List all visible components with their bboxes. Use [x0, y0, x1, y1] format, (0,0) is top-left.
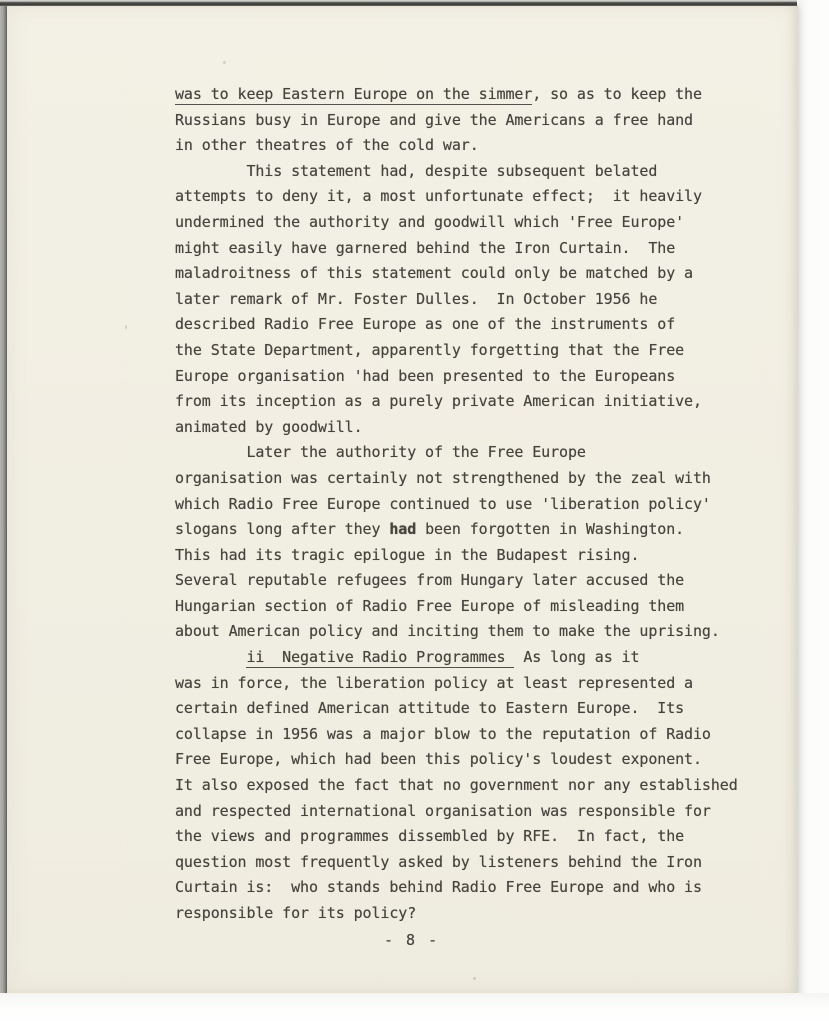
paper-speck	[125, 325, 127, 329]
text-segment: in other theatres of the cold war.	[175, 136, 479, 154]
typewritten-lines: was to keep Eastern Europe on the simmer…	[175, 82, 765, 927]
text-line: in other theatres of the cold war.	[175, 133, 765, 159]
text-segment: organisation was certainly not strengthe…	[175, 469, 711, 487]
text-segment	[175, 648, 246, 666]
text-line: animated by goodwill.	[175, 415, 765, 441]
text-line: collapse in 1956 was a major blow to the…	[175, 722, 765, 748]
text-segment: It also exposed the fact that no governm…	[175, 776, 738, 794]
scanner-top-edge	[0, 0, 797, 6]
text-line: question most frequently asked by listen…	[175, 850, 765, 876]
text-segment: Free Europe, which had been this policy'…	[175, 750, 702, 768]
text-segment: Curtain is: who stands behind Radio Free…	[175, 878, 702, 896]
text-line: organisation was certainly not strengthe…	[175, 466, 765, 492]
text-line: Curtain is: who stands behind Radio Free…	[175, 875, 765, 901]
text-line: the State Department, apparently forgett…	[175, 338, 765, 364]
text-line: was in force, the liberation policy at l…	[175, 671, 765, 697]
text-line: which Radio Free Europe continued to use…	[175, 492, 765, 518]
paper-page: was to keep Eastern Europe on the simmer…	[7, 5, 798, 993]
scanned-document: was to keep Eastern Europe on the simmer…	[0, 0, 829, 1024]
text-line: might easily have garnered behind the Ir…	[175, 236, 765, 262]
text-line: about American policy and inciting them …	[175, 619, 765, 645]
text-line: Russians busy in Europe and give the Ame…	[175, 108, 765, 134]
text-line: later remark of Mr. Foster Dulles. In Oc…	[175, 287, 765, 313]
text-segment: been forgotten in Washington.	[416, 520, 684, 538]
text-segment: Hungarian section of Radio Free Europe o…	[175, 597, 684, 615]
page-number: - 8 -	[384, 931, 439, 949]
text-segment: later remark of Mr. Foster Dulles. In Oc…	[175, 290, 657, 308]
underlined-text: ii Negative Radio Programmes	[246, 648, 514, 668]
text-line: maladroitness of this statement could on…	[175, 261, 765, 287]
text-segment: might easily have garnered behind the Ir…	[175, 239, 675, 257]
text-line: This had its tragic epilogue in the Buda…	[175, 543, 765, 569]
scanner-background-right	[798, 0, 829, 1024]
paper-speck	[223, 61, 226, 64]
text-segment: As long as it	[514, 648, 639, 666]
text-segment: attempts to deny it, a most unfortunate …	[175, 187, 702, 205]
text-line: Free Europe, which had been this policy'…	[175, 747, 765, 773]
text-line: This statement had, despite subsequent b…	[175, 159, 765, 185]
text-segment: undermined the authority and goodwill wh…	[175, 213, 684, 231]
paper-edge-shadow	[784, 5, 798, 993]
text-segment: Later the authority of the Free Europe	[175, 443, 586, 461]
text-line: undermined the authority and goodwill wh…	[175, 210, 765, 236]
text-line: the views and programmes dissembled by R…	[175, 824, 765, 850]
text-line: was to keep Eastern Europe on the simmer…	[175, 82, 765, 108]
text-segment: animated by goodwill.	[175, 418, 363, 436]
text-line: from its inception as a purely private A…	[175, 389, 765, 415]
text-line: ii Negative Radio Programmes As long as …	[175, 645, 765, 671]
text-line: It also exposed the fact that no governm…	[175, 773, 765, 799]
text-segment: Europe organisation 'had been presented …	[175, 367, 675, 385]
text-segment: Russians busy in Europe and give the Ame…	[175, 111, 693, 129]
text-segment: responsible for its policy?	[175, 904, 416, 922]
text-segment: and respected international organisation…	[175, 802, 711, 820]
underlined-text: was to keep Eastern Europe on the simmer	[175, 85, 532, 105]
scanner-left-edge	[0, 0, 7, 995]
text-segment: the State Department, apparently forgett…	[175, 341, 684, 359]
text-line: slogans long after they had been forgott…	[175, 517, 765, 543]
text-segment: This statement had, despite subsequent b…	[175, 162, 657, 180]
text-segment: about American policy and inciting them …	[175, 622, 720, 640]
text-segment: certain defined American attitude to Eas…	[175, 699, 684, 717]
text-segment: from its inception as a purely private A…	[175, 392, 702, 410]
text-line: Hungarian section of Radio Free Europe o…	[175, 594, 765, 620]
text-segment: question most frequently asked by listen…	[175, 853, 702, 871]
text-line: Later the authority of the Free Europe	[175, 440, 765, 466]
text-line: described Radio Free Europe as one of th…	[175, 312, 765, 338]
text-segment: maladroitness of this statement could on…	[175, 264, 693, 282]
text-segment: slogans long after they	[175, 520, 389, 538]
text-line: and respected international organisation…	[175, 799, 765, 825]
text-segment: had	[389, 520, 416, 538]
text-segment: the views and programmes dissembled by R…	[175, 827, 684, 845]
text-segment: , so as to keep the	[532, 85, 702, 103]
scanner-background-bottom	[0, 993, 829, 1024]
paper-speck	[473, 977, 476, 980]
text-line: Europe organisation 'had been presented …	[175, 364, 765, 390]
text-line: responsible for its policy?	[175, 901, 765, 927]
text-segment: This had its tragic epilogue in the Buda…	[175, 546, 639, 564]
text-line: Several reputable refugees from Hungary …	[175, 568, 765, 594]
text-line: certain defined American attitude to Eas…	[175, 696, 765, 722]
text-segment: which Radio Free Europe continued to use…	[175, 495, 711, 513]
text-segment: collapse in 1956 was a major blow to the…	[175, 725, 711, 743]
text-line: attempts to deny it, a most unfortunate …	[175, 184, 765, 210]
text-segment: Several reputable refugees from Hungary …	[175, 571, 684, 589]
text-segment: was in force, the liberation policy at l…	[175, 674, 693, 692]
text-segment: described Radio Free Europe as one of th…	[175, 315, 675, 333]
